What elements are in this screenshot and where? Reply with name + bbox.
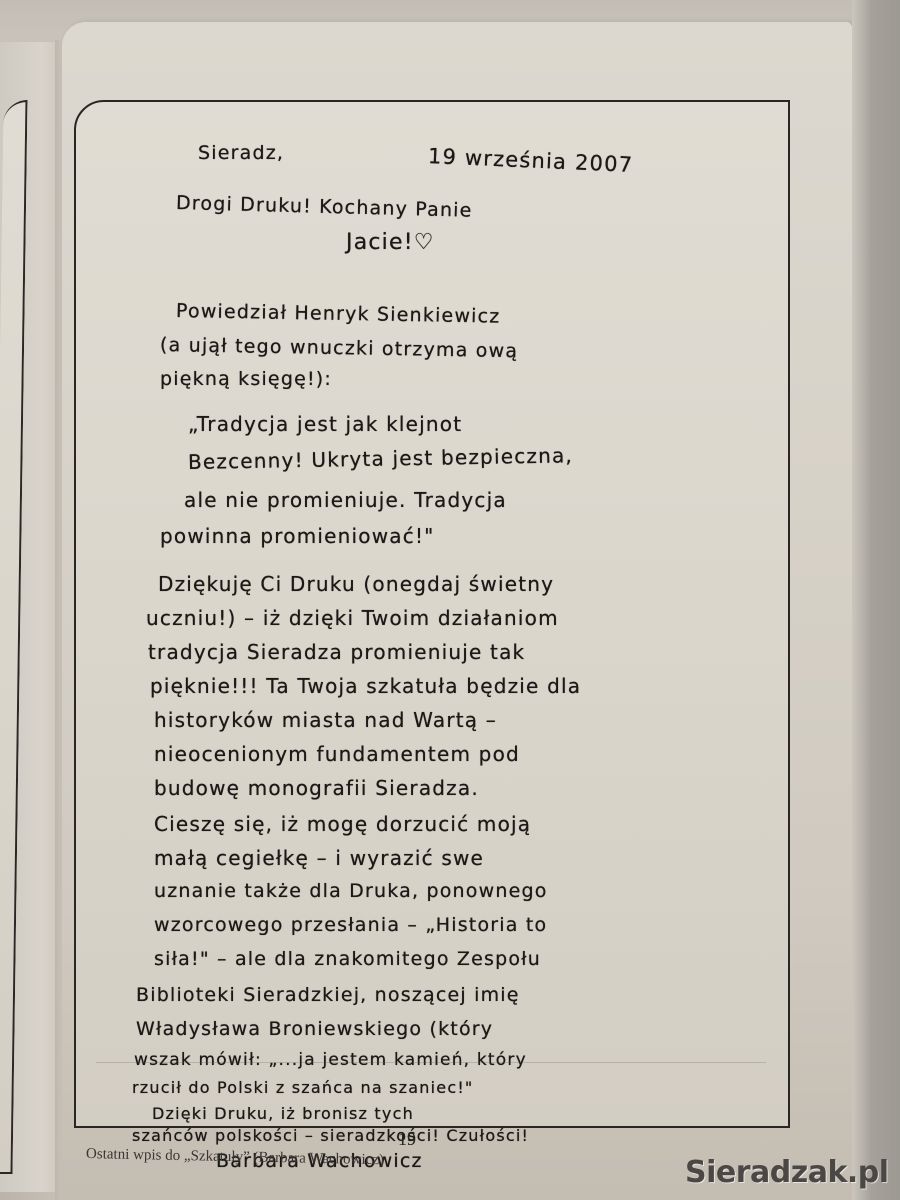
- letter-line: szańców polskości – sieradzkości! Czułoś…: [132, 1126, 529, 1145]
- letter-line: siła!" – ale dla znakomitego Zespołu: [154, 948, 541, 970]
- letter-line: tradycja Sieradza promieniuje tak: [148, 640, 525, 664]
- letter-line: historyków miasta nad Wartą –: [154, 708, 497, 732]
- left-page-frame: [0, 100, 27, 1174]
- letter-line: wzorcowego przesłania – „Historia to: [154, 914, 547, 936]
- letter-line: uczniu!) – iż dzięki Twoim działaniom: [146, 606, 559, 630]
- letter-line: uznanie także dla Druka, ponownego: [154, 880, 548, 902]
- left-page-fragment: [0, 42, 60, 1192]
- letter-line: piękną księgę!):: [160, 368, 332, 390]
- book-page: Sieradz, 19 września 2007 Drogi Druku! K…: [62, 22, 852, 1200]
- letter-line: Powiedział Henryk Sienkiewicz: [176, 300, 501, 328]
- letter-line: Dzięki Druku, iż bronisz tych: [152, 1104, 414, 1123]
- letter-line: Dziękuję Ci Druku (onegdaj świetny: [158, 572, 554, 596]
- letter-line: budowę monografii Sieradza.: [154, 776, 479, 800]
- letter-line: małą cegiełkę – i wyrazić swe: [154, 846, 484, 870]
- letter-line: (a ujął tego wnuczki otrzyma ową: [160, 334, 519, 362]
- letter-line: Biblioteki Sieradzkiej, noszącej imię: [136, 984, 520, 1006]
- letter-line: nieocenionym fundamentem pod: [154, 742, 520, 766]
- page-frame: Sieradz, 19 września 2007 Drogi Druku! K…: [74, 100, 790, 1128]
- letter-line: Władysława Broniewskiego (który: [136, 1018, 493, 1040]
- letter-inset-edge: [96, 1062, 766, 1063]
- watermark-logo: Sieradzak.pl: [685, 1155, 889, 1190]
- background-right: [852, 0, 900, 1200]
- page-number: 19: [398, 1129, 416, 1150]
- letter-place: Sieradz,: [198, 142, 284, 164]
- quote-line: ale nie promieniuje. Tradycja: [184, 488, 507, 512]
- quote-line: Bezcenny! Ukryta jest bezpieczna,: [188, 443, 573, 474]
- quote-line: powinna promieniować!": [160, 524, 435, 548]
- letter-line: Cieszę się, iż mogę dorzucić moją: [154, 812, 531, 836]
- letter-date: 19 września 2007: [427, 144, 633, 177]
- letter-line: wszak mówił: „...ja jestem kamień, który: [134, 1050, 527, 1070]
- letter-line: pięknie!!! Ta Twoja szkatuła będzie dla: [150, 674, 581, 698]
- salutation-line: Jacie!♡: [346, 230, 435, 255]
- quote-line: „Tradycja jest jak klejnot: [188, 412, 462, 436]
- salutation-line: Drogi Druku! Kochany Panie: [176, 192, 473, 222]
- letter-line: rzucił do Polski z szańca na szaniec!": [132, 1078, 474, 1097]
